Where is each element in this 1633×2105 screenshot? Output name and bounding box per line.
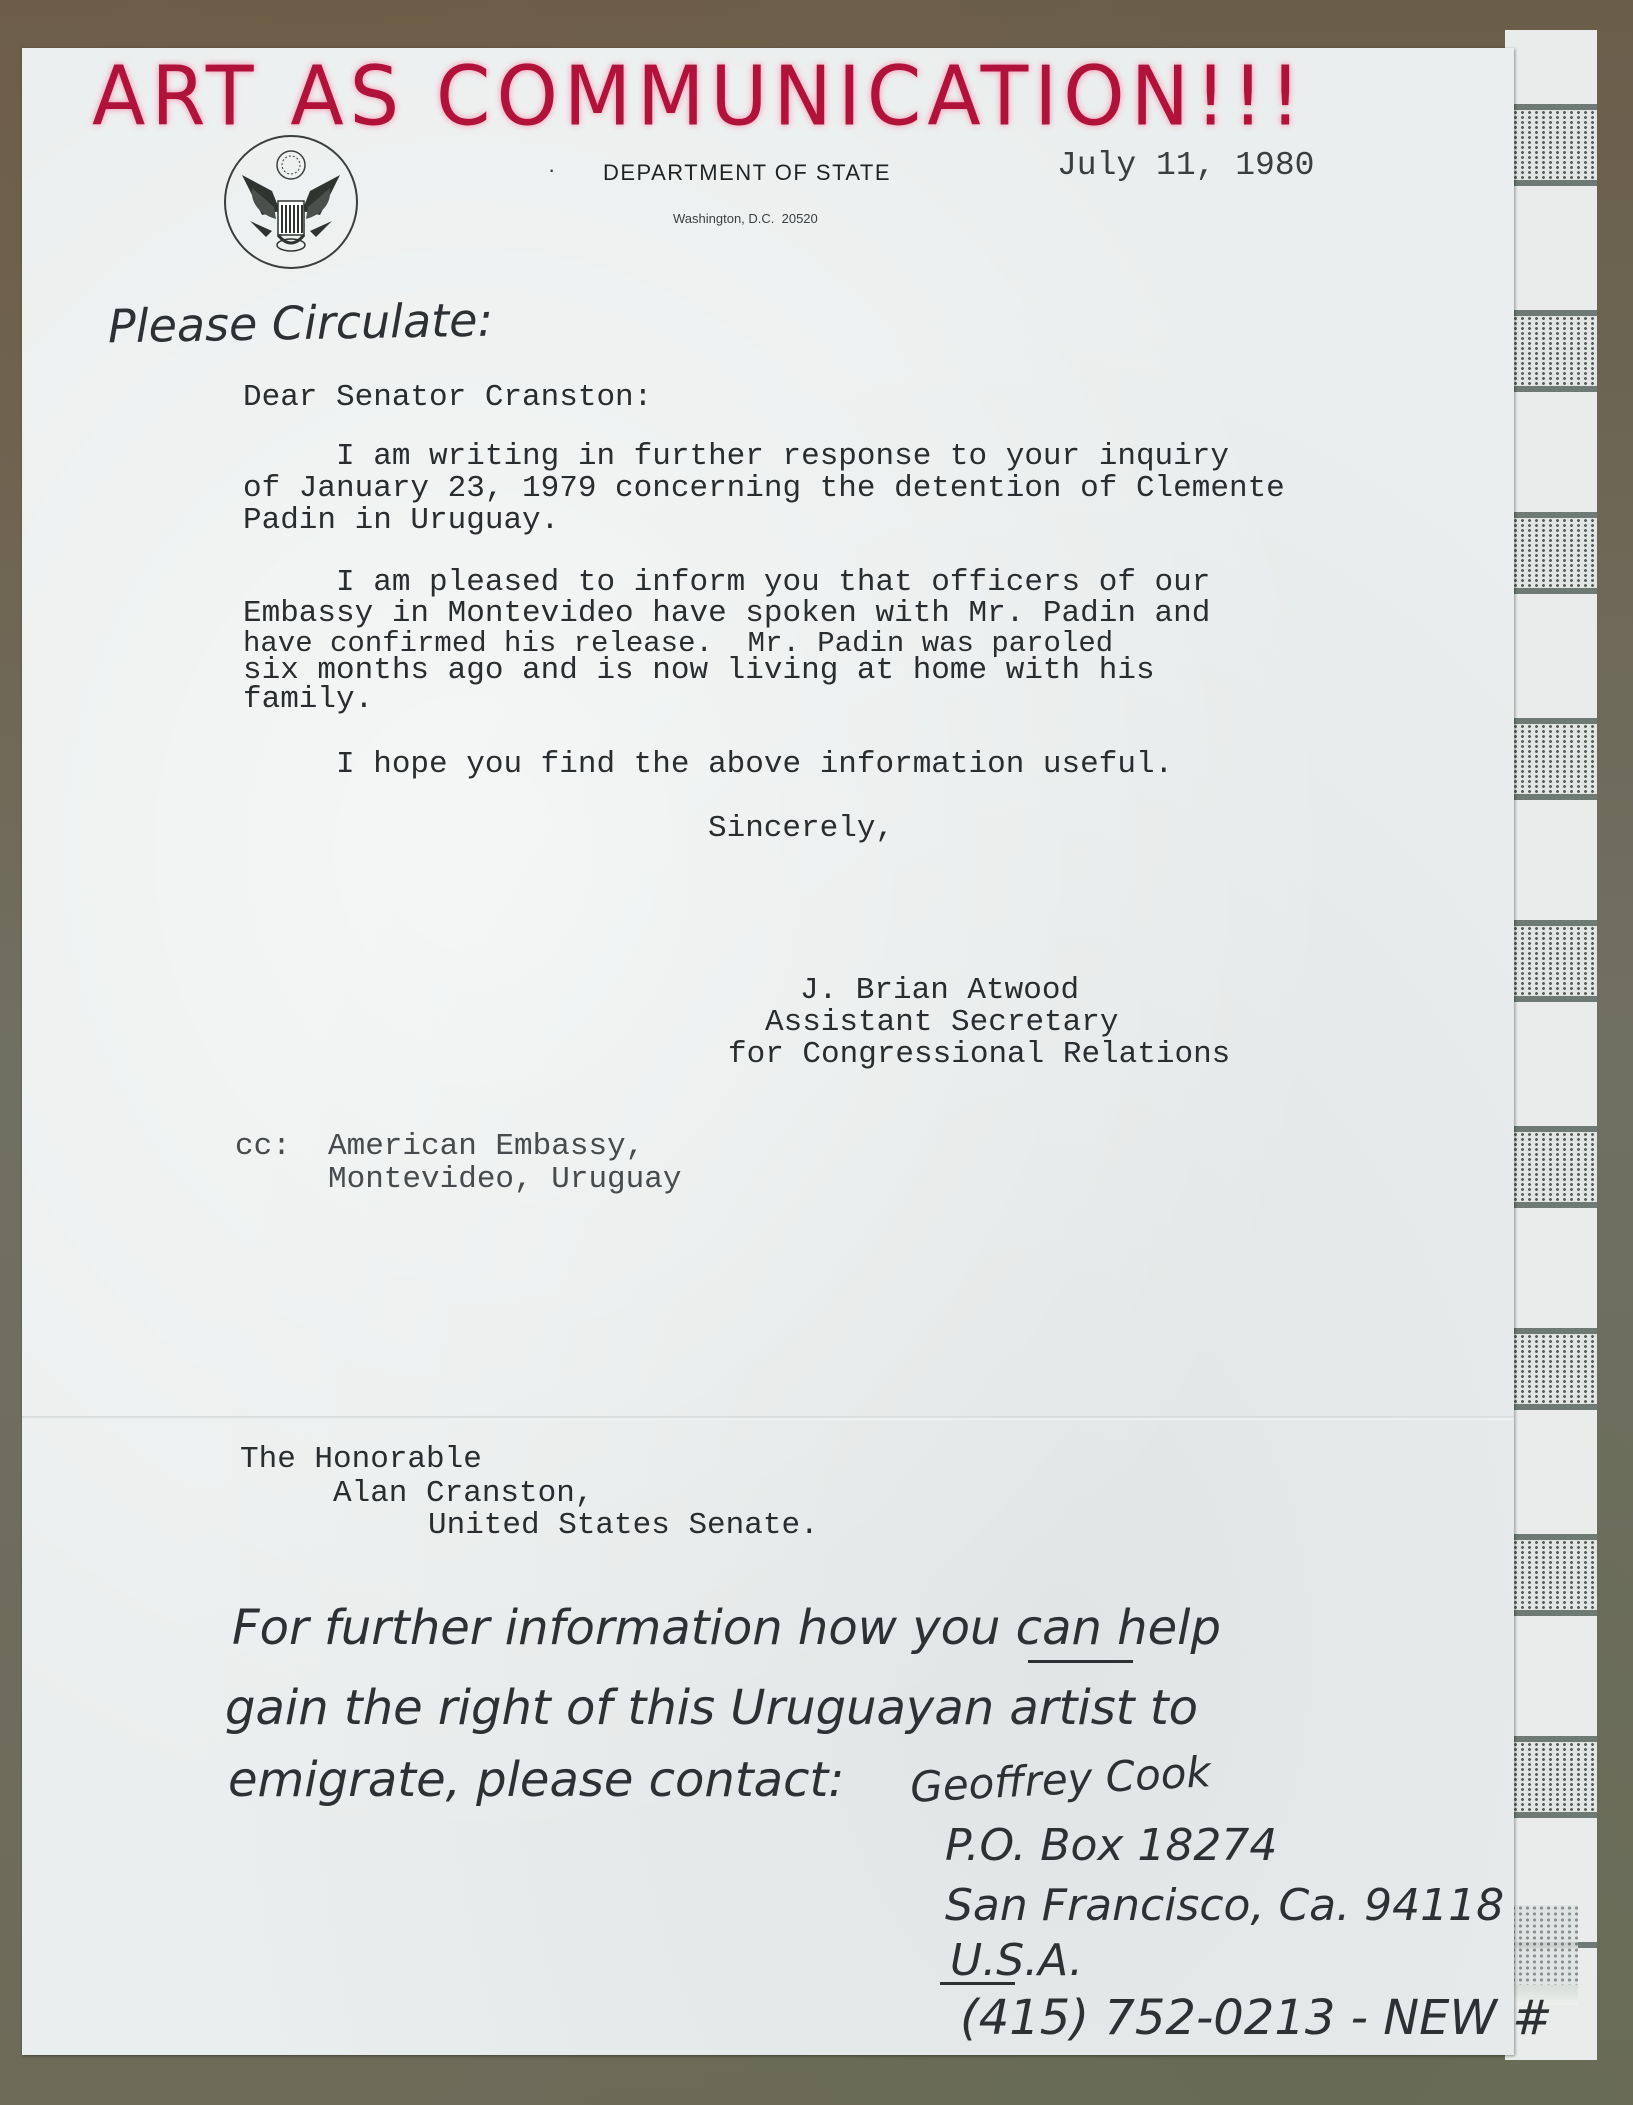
contact-phone: (415) 752-0213 - NEW # <box>960 1990 1552 2046</box>
strip-cell <box>1505 1002 1597 1132</box>
paragraph-2-line-2: Embassy in Montevideo have spoken with M… <box>243 598 1210 630</box>
you-underline <box>1028 1660 1133 1663</box>
strip-cell <box>1505 1616 1597 1742</box>
contact-address-line-2: San Francisco, Ca. 94118 <box>945 1880 1504 1931</box>
strip-cell <box>1505 1208 1597 1334</box>
contact-address-line-1: P.O. Box 18274 <box>945 1820 1277 1871</box>
strip-cell-halftone <box>1505 518 1597 594</box>
contact-address-line-3: U.S.A. <box>950 1935 1083 1986</box>
strip-cell-halftone <box>1505 724 1597 800</box>
closing: Sincerely, <box>708 813 894 845</box>
recipient-line-1: The Honorable <box>240 1444 482 1476</box>
handwritten-note-line-1: For further information how you can help <box>232 1600 1221 1656</box>
great-seal-icon <box>222 133 360 271</box>
cc-line-2: Montevideo, Uruguay <box>328 1164 681 1196</box>
cc-label: cc: <box>235 1131 291 1163</box>
strip-cell-halftone <box>1505 110 1597 186</box>
background-strip-sheet <box>1505 30 1597 2060</box>
strip-cell-halftone <box>1505 926 1597 1002</box>
strip-cell-halftone <box>1505 316 1597 392</box>
strip-cell <box>1505 30 1597 110</box>
cc-line-1: American Embassy, <box>328 1131 644 1163</box>
handwritten-note-line-3: emigrate, please contact: <box>228 1752 844 1808</box>
handwritten-title: ART AS COMMUNICATION!!! <box>92 50 1307 145</box>
strip-cell-halftone <box>1505 1132 1597 1208</box>
paragraph-2-line-5: family. <box>243 684 373 716</box>
signatory-title: Assistant Secretary <box>765 1007 1118 1039</box>
paragraph-1-line-2: of January 23, 1979 concerning the deten… <box>243 473 1285 505</box>
strip-cell-halftone <box>1505 1540 1597 1616</box>
recipient-line-2: Alan Cranston, <box>333 1478 593 1510</box>
paragraph-1-line-1: I am writing in further response to your… <box>243 441 1229 473</box>
strip-cell <box>1505 594 1597 724</box>
handwritten-note-line-2: gain the right of this Uruguayan artist … <box>225 1680 1198 1736</box>
fold-crease <box>22 1416 1514 1420</box>
salutation: Dear Senator Cranston: <box>243 382 652 414</box>
strip-cell <box>1505 186 1597 316</box>
letterhead-dot: · <box>548 157 555 183</box>
strip-cell-halftone <box>1505 1742 1597 1818</box>
signatory-name: J. Brian Atwood <box>800 975 1079 1007</box>
paragraph-3-line-1: I hope you find the above information us… <box>243 749 1173 781</box>
strip-cell <box>1505 800 1597 926</box>
department-address: Washington, D.C. 20520 <box>673 211 818 226</box>
paragraph-2-line-4: six months ago and is now living at home… <box>243 655 1155 687</box>
strip-cell-halftone <box>1505 1334 1597 1410</box>
letter-date: July 11, 1980 <box>1057 147 1314 184</box>
usa-underline <box>940 1982 1015 1985</box>
recipient-line-3: United States Senate. <box>428 1510 819 1542</box>
handwritten-please-circulate: Please Circulate: <box>108 293 494 354</box>
signatory-office: for Congressional Relations <box>728 1039 1230 1071</box>
paragraph-1-line-3: Padin in Uruguay. <box>243 505 559 537</box>
strip-cell <box>1505 392 1597 518</box>
department-name: DEPARTMENT OF STATE <box>603 160 891 186</box>
strip-cell <box>1505 1410 1597 1540</box>
paragraph-2-line-1: I am pleased to inform you that officers… <box>243 567 1210 599</box>
